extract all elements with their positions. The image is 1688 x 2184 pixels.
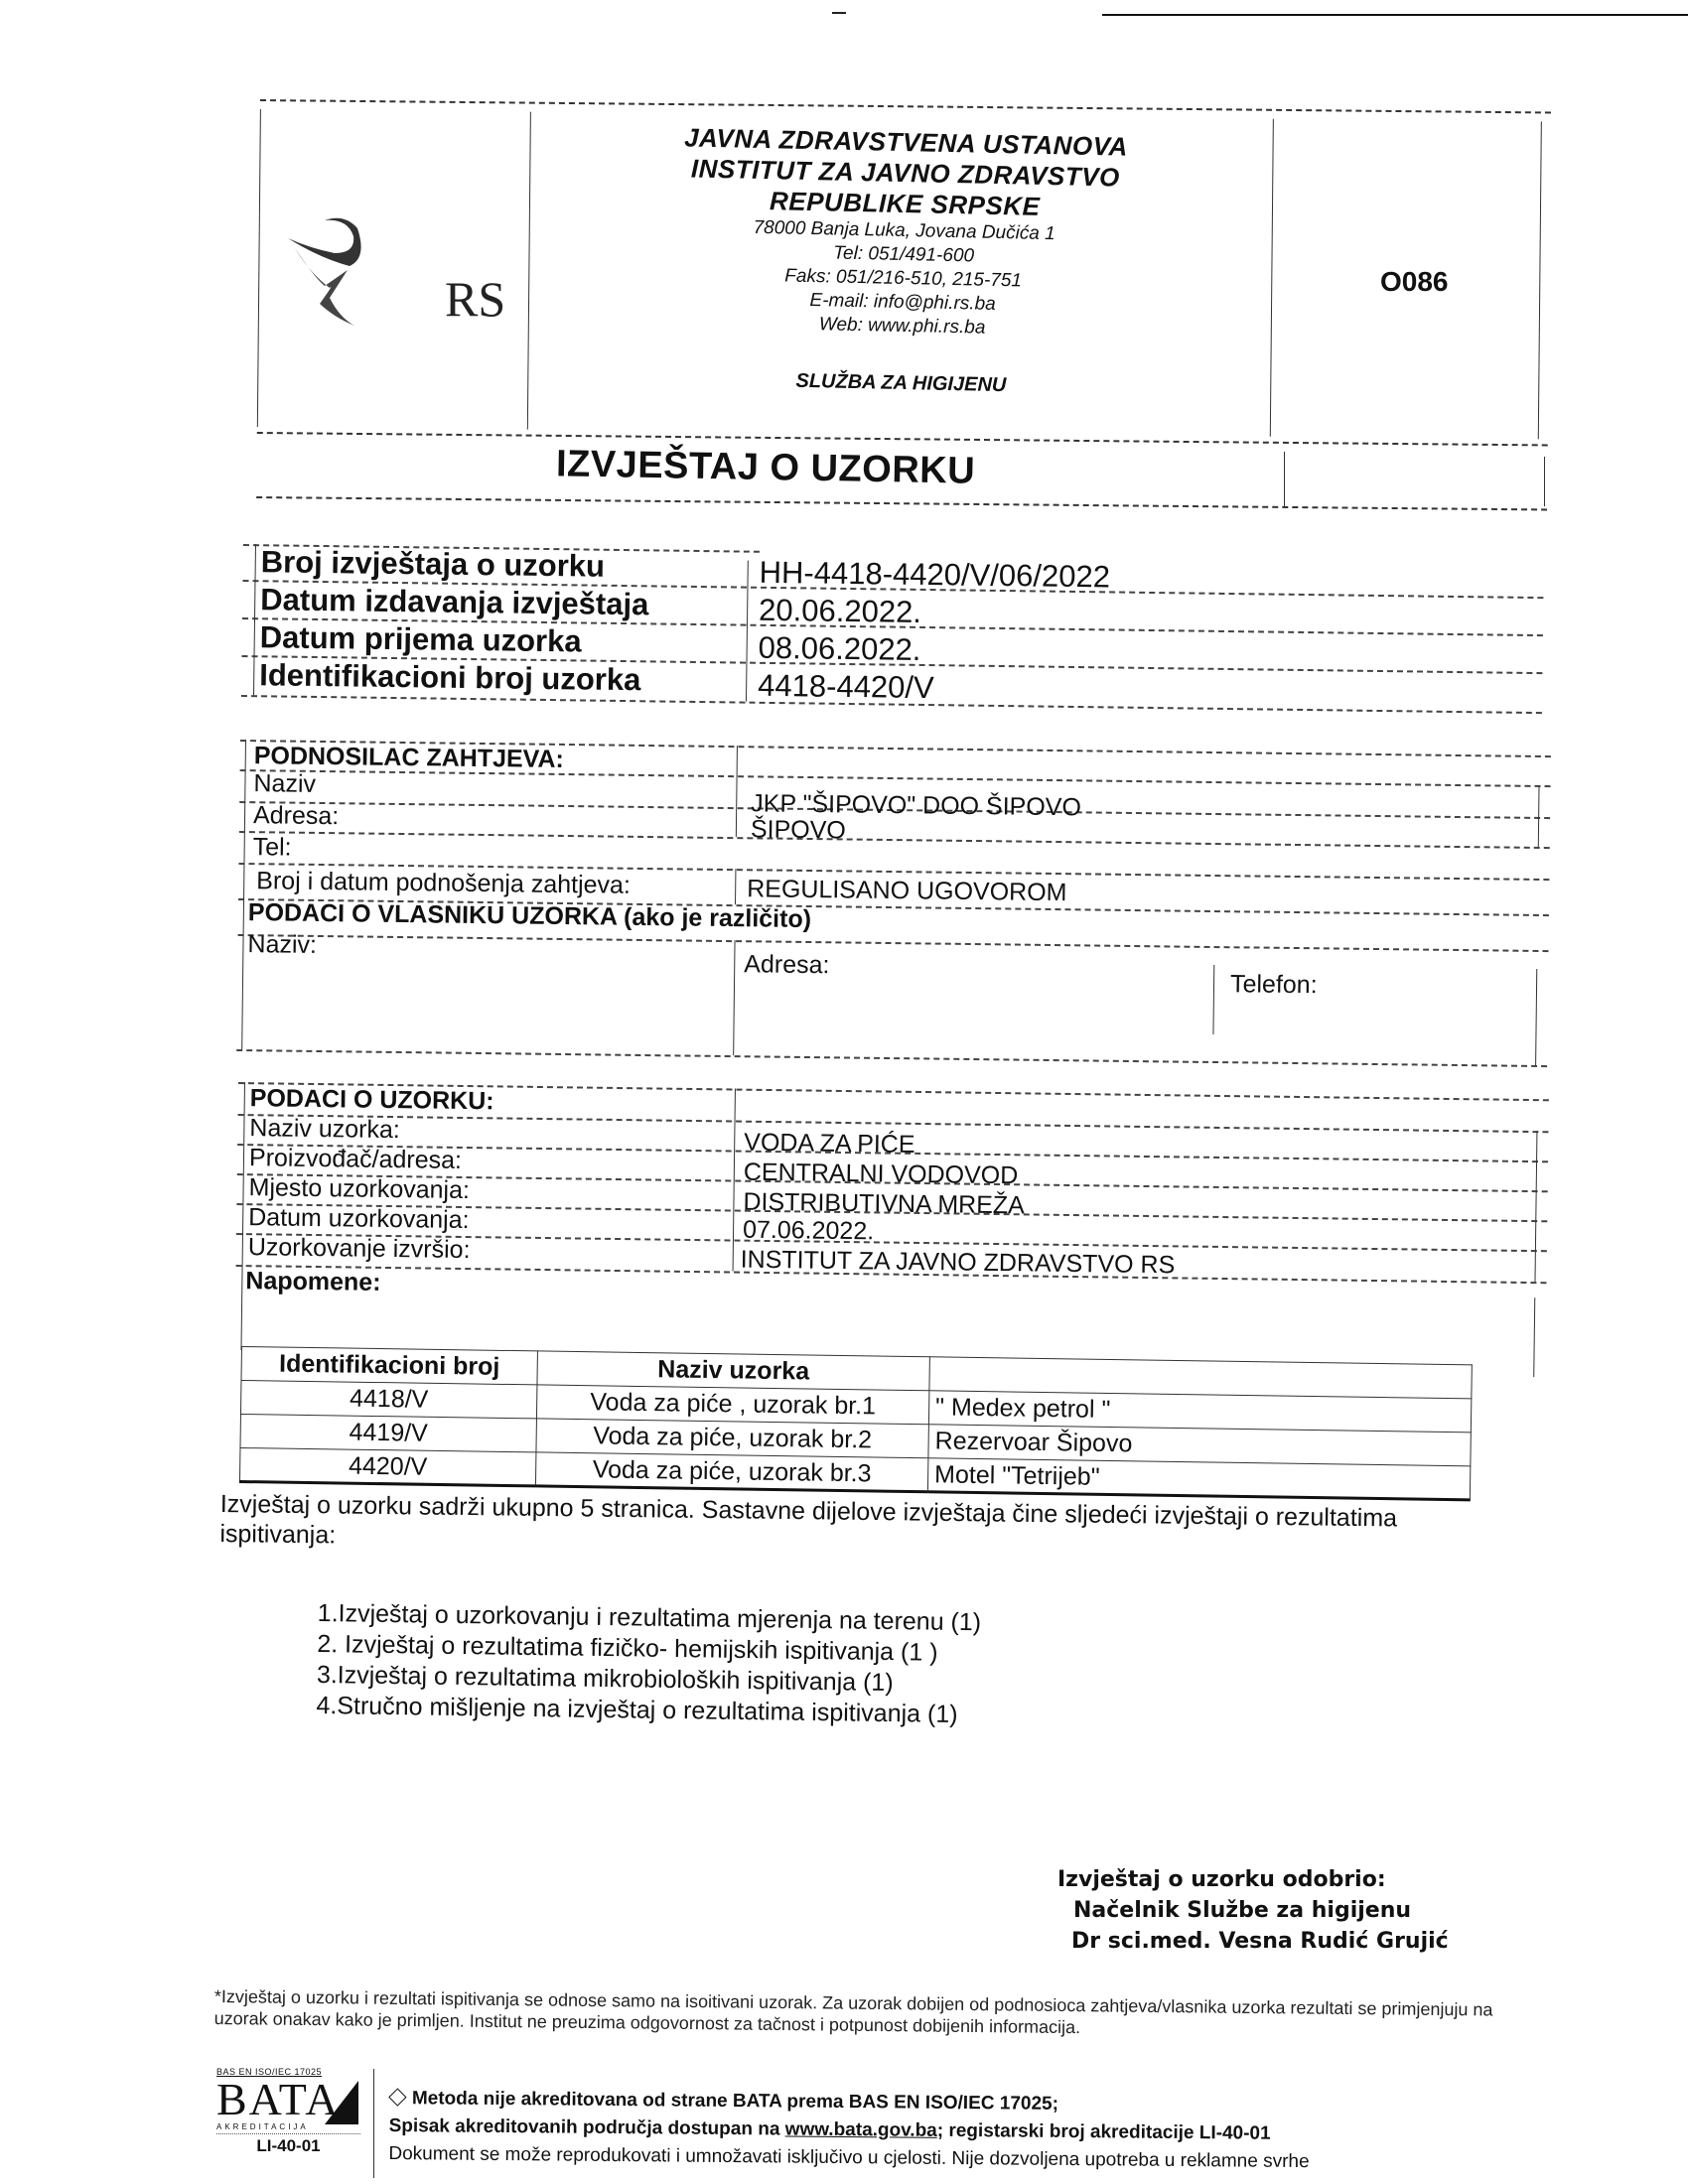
sample-section: PODACI O UZORKU: Naziv uzorka: VODA ZA P… <box>238 1082 1549 1099</box>
requester-tel-label: Tel: <box>252 833 291 862</box>
sample-name-label: Naziv uzorka: <box>249 1114 400 1145</box>
sampling-date-value: 07.06.2022. <box>743 1216 874 1247</box>
logo-rs-text: RS <box>445 270 505 328</box>
notes-label: Napomene: <box>245 1267 381 1297</box>
receipt-date-label: Datum prijema uzorka <box>260 619 582 659</box>
sampled-by-label: Uzorkovanje izvršio: <box>248 1233 471 1265</box>
issue-date-label: Datum izdavanja izvještaja <box>260 582 649 622</box>
report-number-value: HH-4418-4420/V/06/2022 <box>759 555 1110 596</box>
request-date-label: Broj i datum podnošenja zahtjeva: <box>256 867 631 900</box>
sample-heading: PODACI O UZORKU: <box>250 1084 494 1116</box>
owner-address-label: Adresa: <box>744 950 830 980</box>
report-parts-list: 1.Izvještaj o uzorkovanju i rezultatima … <box>316 1598 981 1730</box>
sample-name: Voda za piće, uzorak br.2 <box>536 1419 928 1458</box>
page-title: IZVJEŠTAJ O UZORKU <box>556 443 976 492</box>
owner-phone-label: Telefon: <box>1230 970 1318 1000</box>
samples-table: Identifikacioni broj Naziv uzorka 4418/V… <box>239 1346 1473 1501</box>
col-id-header: Identifikacioni broj <box>241 1347 537 1385</box>
producer-value: CENTRALNI VODOVOD <box>744 1159 1019 1191</box>
form-code: O086 <box>1380 266 1449 298</box>
owner-heading: PODACI O VLASNIKU UZORKA (ako je različi… <box>248 898 811 934</box>
requester-address-value: ŠIPOVO <box>751 815 846 845</box>
approval-block: Izvještaj o uzorku odobrio: Načelnik Slu… <box>1057 1864 1449 1957</box>
approver-role: Načelnik Službe za higijenu <box>1057 1895 1449 1926</box>
institute-logo-icon <box>280 208 389 338</box>
col-name-header: Naziv uzorka <box>537 1351 929 1391</box>
institution-block: JAVNA ZDRAVSTVENA USTANOVA INSTITUT ZA J… <box>593 121 1214 402</box>
bata-code: LI-40-01 <box>216 2136 360 2156</box>
requester-section: PODNOSILAC ZAHTJEVA: Naziv JKP "ŠIPOVO" … <box>240 740 1551 755</box>
sample-name-value: VODA ZA PIĆE <box>744 1129 915 1160</box>
report-summary: Izvještaj o uzorku sadrži ukupno 5 stran… <box>219 1489 1452 1564</box>
accreditation-note: Metoda nije akreditovana od strane BATA … <box>412 2088 1058 2115</box>
scan-top-line <box>1102 14 1688 16</box>
sampled-by-value: INSTITUT ZA JAVNO ZDRAVSTVO RS <box>741 1246 1176 1281</box>
report-number-label: Broj izvještaja o uzorku <box>261 544 606 585</box>
bata-wordmark: BATA <box>216 2077 360 2122</box>
requester-name-label: Naziv <box>253 769 316 799</box>
bata-triangle-icon <box>325 2081 358 2124</box>
accreditation-block: Metoda nije akreditovana od strane BATA … <box>388 2085 1310 2176</box>
sampling-date-label: Datum uzorkovanja: <box>248 1203 470 1235</box>
diamond-icon <box>388 2088 406 2106</box>
request-date-value: REGULISANO UGOVOROM <box>747 875 1067 907</box>
title-divider <box>1284 452 1285 506</box>
receipt-date-value: 08.06.2022. <box>758 630 920 668</box>
sample-name: Voda za piće, uzorak br.3 <box>535 1452 927 1492</box>
scan-top-mark <box>832 12 846 14</box>
sample-id-label: Identifikacioni broj uzorka <box>259 657 641 698</box>
sample-id: 4418/V <box>240 1381 536 1419</box>
approver-name: Dr sci.med. Vesna Rudić Grujić <box>1057 1926 1449 1957</box>
footer-divider <box>373 2069 374 2178</box>
disclaimer-text: *Izvještaj o uzorku i rezultati ispitiva… <box>214 1985 1535 2043</box>
report-meta-table: Broj izvještaja o uzorku HH-4418-4420/V/… <box>243 544 1534 561</box>
approval-title: Izvještaj o uzorku odobrio: <box>1057 1864 1449 1895</box>
title-border <box>1544 457 1545 506</box>
sample-name: Voda za piće , uzorak br.1 <box>536 1385 928 1425</box>
sampling-place-label: Mjesto uzorkovanja: <box>248 1173 470 1205</box>
requester-address-label: Adresa: <box>253 801 340 831</box>
sample-id: 4419/V <box>240 1414 536 1451</box>
sample-id-value: 4418-4420/V <box>758 668 934 706</box>
owner-name-label: Naziv: <box>247 930 317 960</box>
bata-logo: BAS EN ISO/IEC 17025 BATA AKREDITACIJA L… <box>216 2067 360 2184</box>
sample-id: 4420/V <box>239 1447 535 1485</box>
producer-label: Proizvođač/adresa: <box>249 1144 462 1175</box>
bata-link[interactable]: www.bata.gov.ba <box>785 2118 937 2140</box>
sample-location: Motel "Tetrijeb" <box>927 1458 1470 1500</box>
issue-date-value: 20.06.2022. <box>759 593 921 630</box>
